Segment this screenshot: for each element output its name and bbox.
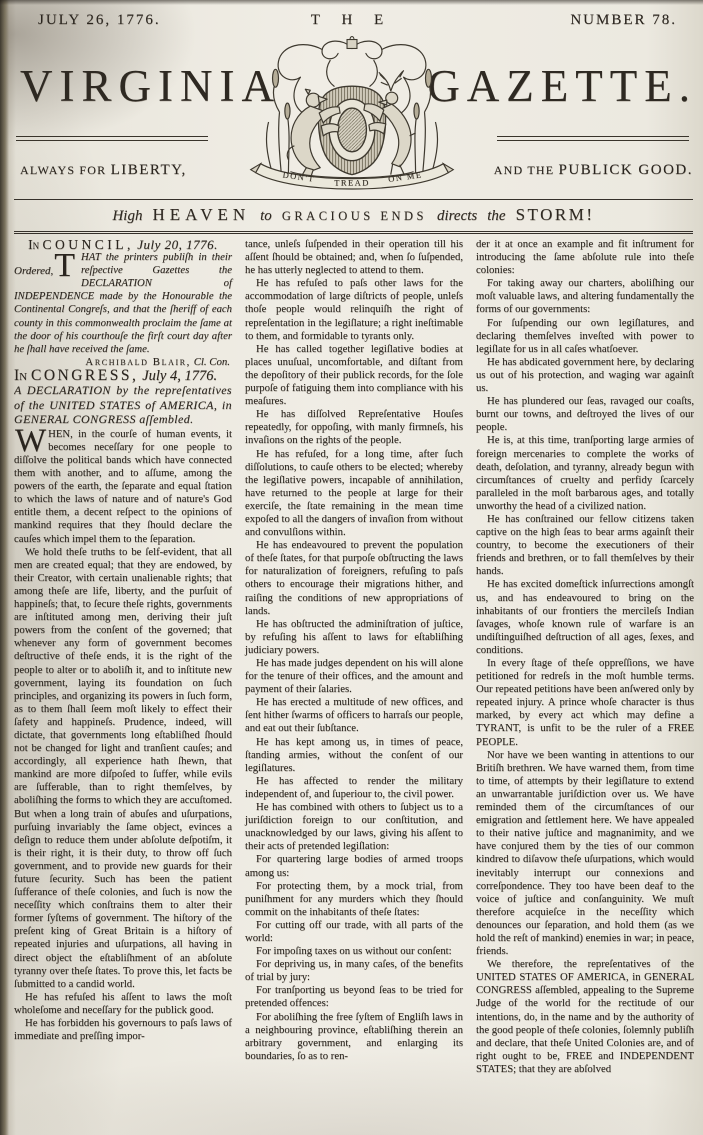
heading-congress: CONGRESS,: [31, 367, 138, 384]
paragraph-grievance: For cutting off our trade, with all part…: [245, 919, 463, 945]
double-rule-left: [16, 136, 208, 141]
paragraph-grievance: He has conſtrained our fellow citizens t…: [476, 513, 694, 578]
paragraph-grievance: For protecting them, by a mock trial, fr…: [245, 880, 463, 919]
in-congress-heading: In CONGRESS, July 4, 1776.: [14, 369, 232, 383]
council-order-paragraph: Ordered, T HAT the printers publiſh in t…: [14, 251, 232, 356]
paragraph-petitions: In every ſtage of theſe oppreſſions, we …: [476, 657, 694, 749]
column-1: In COUNCIL, July 20, 1776. Ordered, T HA…: [14, 238, 232, 1131]
heading-in: In: [28, 238, 39, 252]
paragraph-grievance: He has excited domeſtick inſurrections a…: [476, 578, 694, 657]
masthead: VIRGINIA GAZETTE. ALWAYS FOR LIBERTY, AN…: [0, 36, 703, 200]
newspaper-page: JULY 26, 1776. T H E NUMBER 78. VIRGINIA…: [0, 0, 703, 1135]
motto-word: GRACIOUS ENDS: [282, 209, 427, 223]
paragraph-grievance: For ſuſpending our own legiſlatures, and…: [476, 317, 694, 356]
coat-of-arms-engraving: DON'T TREAD ON ME: [203, 34, 501, 204]
paragraph-grievance: He has refuſed his aſſent to laws the mo…: [14, 991, 232, 1017]
motto-word: the: [487, 208, 505, 224]
paragraph-grievance: He has kept among us, in times of peace,…: [245, 736, 463, 775]
slogan-liberty-small: ALWAYS FOR: [20, 163, 106, 177]
dropcap-W: W: [14, 428, 48, 454]
motto-word: to: [260, 208, 272, 224]
paragraph-grievance: For impoſing taxes on us without our con…: [245, 945, 463, 958]
paragraph-grievance: For tranſporting us beyond ſeas to be tr…: [245, 984, 463, 1010]
issue-header: JULY 26, 1776. T H E NUMBER 78.: [0, 12, 703, 36]
paragraph-grievance: He has refuſed to paſs other laws for th…: [245, 277, 463, 342]
motto-word: HEAVEN: [152, 205, 250, 224]
paragraph-grievance: He has diſſolved Repreſentative Houſes r…: [245, 408, 463, 447]
column-3: der it at once an example and fit inſtru…: [476, 238, 694, 1131]
paragraph-we-hold: We hold theſe truths to be ſelf-evident,…: [14, 546, 232, 991]
declaration-title: A DECLARATION by the repreſentatives of …: [14, 383, 232, 427]
congress-date: July 4, 1776.: [142, 368, 217, 384]
slogan-publick-good: AND THE PUBLICK GOOD.: [494, 162, 693, 179]
paragraph-we-therefore: We therefore, the repreſentatives of the…: [476, 958, 694, 1076]
ordered-label: Ordered,: [14, 265, 53, 279]
paragraph-grievance: He has plundered our ſeas, ravaged our c…: [476, 395, 694, 434]
paragraph-grievance: He has abdicated government here, by dec…: [476, 356, 694, 395]
heading-in: In: [14, 367, 27, 384]
crest-icon: [347, 37, 357, 49]
paragraph-grievance: He has forbidden his governours to paſs …: [14, 1017, 232, 1043]
motto-word: STORM!: [516, 205, 595, 224]
paragraph-grievance: He is, at this time, tranſporting large …: [476, 434, 694, 513]
slogan-liberty-big: LIBERTY,: [111, 162, 187, 178]
paragraph-grievance: For aboliſhing the free ſyſtem of Engliſ…: [245, 1011, 463, 1063]
paragraph-grievance: For taking away our charters, aboliſhing…: [476, 277, 694, 316]
slogan-liberty: ALWAYS FOR LIBERTY,: [20, 162, 187, 179]
column-2: tance, unleſs ſuſpended in their operati…: [245, 238, 463, 1131]
in-council-heading: In COUNCIL, July 20, 1776.: [14, 238, 232, 251]
paragraph-grievance: He has made judges dependent on his will…: [245, 657, 463, 696]
paragraph-grievance: For quartering large bodies of armed tro…: [245, 853, 463, 879]
dropcap-T: T: [53, 252, 77, 279]
paragraph-grievance: He has endeavoured to prevent the popula…: [245, 539, 463, 618]
double-rule-right: [497, 136, 689, 141]
paragraph-grievance: He has erected a multitude of new office…: [245, 696, 463, 735]
ordered-dropcap-group: Ordered, T: [14, 252, 77, 279]
ribbon-word-tread: TREAD: [334, 178, 370, 188]
slogan-publick-big: PUBLICK GOOD.: [558, 162, 693, 178]
motto-word: directs: [437, 208, 477, 224]
issue-number: NUMBER 78.: [570, 12, 677, 29]
motto-band: HighHEAVENtoGRACIOUS ENDSdirectstheSTORM…: [14, 199, 693, 234]
paragraph-british-brethren: Nor have we been wanting in attentions t…: [476, 749, 694, 959]
paragraph-grievance: He has obſtructed the adminiſtration of …: [245, 618, 463, 657]
paragraph-grievance: He has refuſed, for a long time, after ſ…: [245, 448, 463, 540]
council-date: July 20, 1776.: [137, 238, 218, 252]
paragraph-continuation: tance, unleſs ſuſpended in their operati…: [245, 238, 463, 277]
article-columns: In COUNCIL, July 20, 1776. Ordered, T HA…: [14, 238, 694, 1131]
signature-office: Cl. Con.: [194, 356, 230, 368]
motto-word: High: [112, 208, 142, 224]
paragraph-grievance: He has called together legiſlative bodie…: [245, 343, 463, 408]
slogan-publick-small: AND THE: [494, 163, 555, 177]
paragraph-grievance: He has combined with others to ſubject u…: [245, 801, 463, 853]
paragraph-grievance: He has affected to render the military i…: [245, 775, 463, 801]
paragraph-continuation: der it at once an example and fit inſtru…: [476, 238, 694, 277]
paragraph-grievance: For depriving us, in many caſes, of the …: [245, 958, 463, 984]
heading-council: COUNCIL,: [42, 238, 133, 252]
when-paragraph: WHEN, in the courſe of human events, it …: [14, 428, 232, 546]
